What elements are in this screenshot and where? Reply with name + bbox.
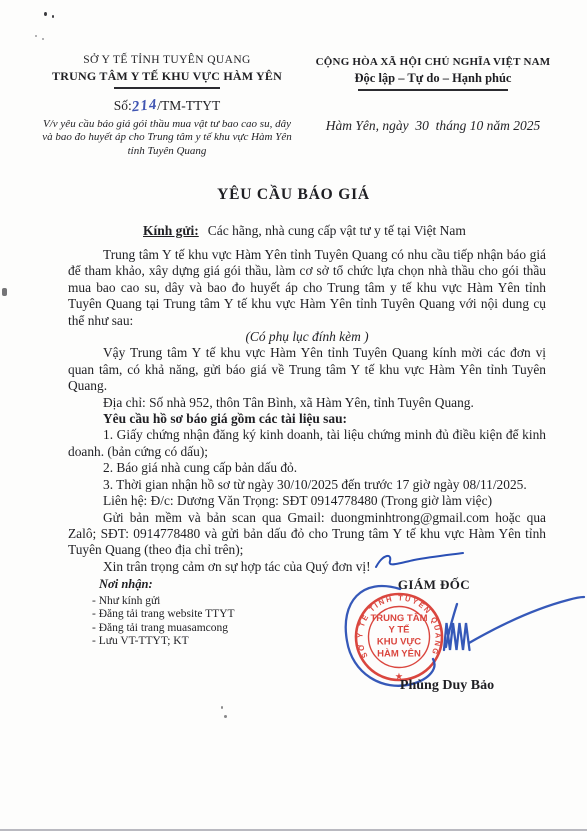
document-number-suffix: /TM-TTYT bbox=[157, 98, 220, 113]
requirement-item-1: 1. Giấy chứng nhận đăng ký kinh doanh, t… bbox=[68, 427, 546, 460]
parent-department: SỞ Y TẾ TỈNH TUYÊN QUANG bbox=[36, 54, 298, 66]
national-motto: Độc lập – Tự do – Hạnh phúc bbox=[299, 71, 567, 86]
scan-speck bbox=[52, 15, 54, 18]
salutation-text: Các hãng, nhà cung cấp vật tư y tế tại V… bbox=[208, 223, 466, 238]
place-and-date: Hàm Yên, ngày 30 tháng 10 năm 2025 bbox=[299, 118, 567, 134]
paragraph-address: Địa chỉ: Số nhà 952, thôn Tân Bình, xã H… bbox=[68, 395, 546, 411]
letter-body: Trung tâm Y tế khu vực Hàm Yên tỉnh Tuyê… bbox=[68, 247, 546, 575]
organization-underline bbox=[114, 87, 220, 89]
document-subject: V/v yêu cầu báo giá gói thầu mua vật tư … bbox=[42, 118, 292, 159]
recipient-item: - Như kính gửi bbox=[92, 595, 235, 609]
paragraph-intro: Trung tâm Y tế khu vực Hàm Yên tỉnh Tuyê… bbox=[68, 247, 546, 329]
paragraph-send-instructions: Gửi bản mềm và bản scan qua Gmail: duong… bbox=[68, 510, 546, 559]
salutation-label: Kính gửi: bbox=[143, 223, 199, 238]
signature-loop-stroke bbox=[346, 586, 435, 686]
salutation-line: Kính gửi:Các hãng, nhà cung cấp vật tư y… bbox=[143, 223, 466, 239]
attachment-note: (Có phụ lục đính kèm ) bbox=[68, 329, 546, 345]
requirement-item-3: 3. Thời gian nhận hồ sơ từ ngày 30/10/20… bbox=[68, 477, 546, 493]
requirements-heading: Yêu cầu hồ sơ báo giá gồm các tài liệu s… bbox=[68, 411, 546, 427]
scan-speck bbox=[221, 706, 223, 709]
organization-name: TRUNG TÂM Y TẾ KHU VỰC HÀM YÊN bbox=[36, 69, 298, 84]
document-number-label: Số: bbox=[114, 98, 132, 113]
document-number-handwritten: 214 bbox=[131, 96, 158, 116]
national-title: CỘNG HÒA XÃ HỘI CHỦ NGHĨA VIỆT NAM bbox=[299, 56, 567, 68]
document-number: Số:214/TM-TTYT bbox=[36, 98, 298, 115]
scan-speck bbox=[2, 288, 7, 296]
scan-speck bbox=[42, 38, 44, 40]
document-title: YÊU CẦU BÁO GIÁ bbox=[0, 186, 587, 204]
paragraph-invite: Vậy Trung tâm Y tế khu vực Hàm Yên tỉnh … bbox=[68, 345, 546, 394]
recipients-block: Nơi nhận: - Như kính gửi - Đăng tải tran… bbox=[92, 578, 235, 649]
recipients-label: Nơi nhận: bbox=[99, 578, 235, 592]
signature-zigzag-stroke bbox=[444, 623, 470, 650]
pen-flick-stroke bbox=[376, 553, 463, 567]
signer-name: Phùng Duy Bảo bbox=[387, 678, 507, 694]
signature-tail-stroke bbox=[469, 597, 584, 643]
recipient-item: - Đăng tải trang website TTYT bbox=[92, 608, 235, 622]
requirement-item-2: 2. Báo giá nhà cung cấp bản dấu đỏ. bbox=[68, 460, 546, 476]
recipient-item: - Lưu VT-TTYT; KT bbox=[92, 635, 235, 649]
scan-speck bbox=[35, 35, 37, 37]
letterhead-right: CỘNG HÒA XÃ HỘI CHỦ NGHĨA VIỆT NAM Độc l… bbox=[299, 56, 567, 134]
letterhead-left: SỞ Y TẾ TỈNH TUYÊN QUANG TRUNG TÂM Y TẾ … bbox=[36, 54, 298, 159]
recipient-item: - Đăng tải trang muasamcong bbox=[92, 622, 235, 636]
scan-speck bbox=[224, 715, 227, 718]
motto-underline bbox=[358, 89, 508, 91]
document-page: SỞ Y TẾ TỈNH TUYÊN QUANG TRUNG TÂM Y TẾ … bbox=[0, 0, 587, 831]
scan-speck bbox=[44, 12, 47, 16]
paragraph-contact: Liên hệ: Đ/c: Dương Văn Trọng: SĐT 09147… bbox=[68, 493, 546, 509]
